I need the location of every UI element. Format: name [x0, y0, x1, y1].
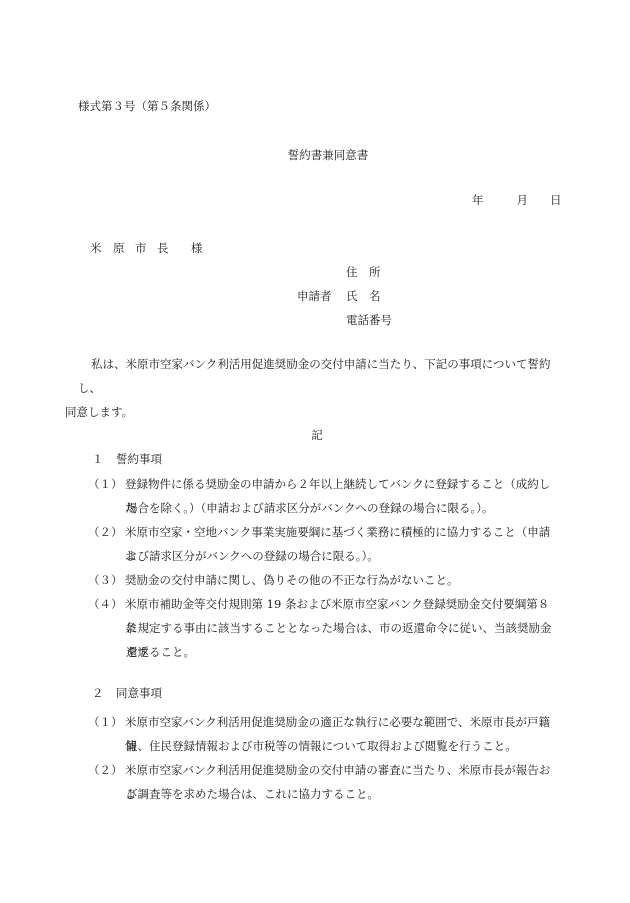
item-line: 還すること。	[125, 640, 558, 664]
item-label: （１）	[88, 710, 123, 734]
item-line: 登録物件に係る奨励金の申請から２年以上継続してバンクに登録すること（成約した	[125, 472, 558, 496]
item-label: （４）	[88, 592, 123, 616]
addressee-char: 原	[113, 243, 135, 255]
addressee-honorific: 様	[191, 243, 203, 255]
name-field-label: 氏 名	[346, 291, 381, 303]
item-label: （３）	[88, 568, 123, 592]
item-line: 米原市補助金等交付規則第 19 条および米原市空家バンク登録奨励金交付要綱第８条	[125, 592, 558, 616]
year-label: 年	[472, 195, 484, 207]
day-label: 日	[550, 195, 562, 207]
item-line: 米原市空家バンク利活用促進奨励金の適正な執行に必要な範囲で、米原市長が戸籍情	[125, 710, 558, 734]
address-field-label: 住 所	[346, 267, 381, 279]
item-line: び調査等を求めた場合は、これに協力すること。	[125, 782, 558, 806]
item-line: 米原市空家・空地バンク事業実施要綱に基づく業務に積極的に協力すること（申請お	[125, 520, 558, 544]
phone-field-label: 電話番号	[346, 315, 392, 327]
section-number: ２	[92, 688, 116, 700]
item-line: 報、住民登録情報および市税等の情報について取得および閲覧を行うこと。	[125, 734, 558, 758]
pledge-item-2: （２） 米原市空家・空地バンク事業実施要綱に基づく業務に積極的に協力すること（申…	[88, 520, 558, 568]
addressee-char: 米	[90, 243, 113, 255]
pledge-item-3: （３） 奨励金の交付申請に関し、偽りその他の不正な行為がないこと。	[88, 568, 558, 592]
ki-heading: 記	[0, 430, 630, 442]
item-line: よび請求区分がバンクへの登録の場合に限る。）。	[125, 544, 558, 568]
addressee: 米原市長様	[90, 243, 203, 255]
intro-paragraph: 私は、米原市空家バンク利活用促進奨励金の交付申請に当たり、下記の事項について誓約…	[78, 352, 558, 424]
form-number: 様式第３号（第５条関係）	[78, 101, 216, 113]
section-title: 同意事項	[116, 686, 162, 700]
intro-line: 同意します。	[65, 405, 133, 419]
addressee-char: 市	[135, 243, 157, 255]
item-line: 場合を除く。）（申請および請求区分がバンクへの登録の場合に限る。）。	[125, 496, 558, 520]
consent-item-1: （１） 米原市空家バンク利活用促進奨励金の適正な執行に必要な範囲で、米原市長が戸…	[88, 710, 558, 758]
section-heading-pledge: １誓約事項	[92, 454, 162, 466]
month-label: 月	[517, 195, 529, 207]
item-label: （２）	[88, 758, 123, 782]
item-label: （２）	[88, 520, 123, 544]
section-heading-consent: ２同意事項	[92, 688, 162, 700]
addressee-char: 長	[157, 243, 191, 255]
consent-item-2: （２） 米原市空家バンク利活用促進奨励金の交付申請の審査に当たり、米原市長が報告…	[88, 758, 558, 806]
item-line: に規定する事由に該当することとなった場合は、市の返還命令に従い、当該奨励金を返	[125, 616, 558, 640]
section-title: 誓約事項	[116, 452, 162, 466]
section-number: １	[92, 454, 116, 466]
intro-line: 私は、米原市空家バンク利活用促進奨励金の交付申請に当たり、下記の事項について誓約…	[78, 357, 551, 395]
applicant-label: 申請者	[297, 291, 332, 303]
pledge-item-4: （４） 米原市補助金等交付規則第 19 条および米原市空家バンク登録奨励金交付要…	[88, 592, 558, 664]
document-title: 誓約書兼同意書	[0, 150, 630, 162]
date-line: 年月日	[472, 195, 562, 207]
item-line: 米原市空家バンク利活用促進奨励金の交付申請の審査に当たり、米原市長が報告およ	[125, 758, 558, 782]
item-line: 奨励金の交付申請に関し、偽りその他の不正な行為がないこと。	[125, 568, 558, 592]
item-label: （１）	[88, 472, 123, 496]
pledge-item-1: （１） 登録物件に係る奨励金の申請から２年以上継続してバンクに登録すること（成約…	[88, 472, 558, 520]
